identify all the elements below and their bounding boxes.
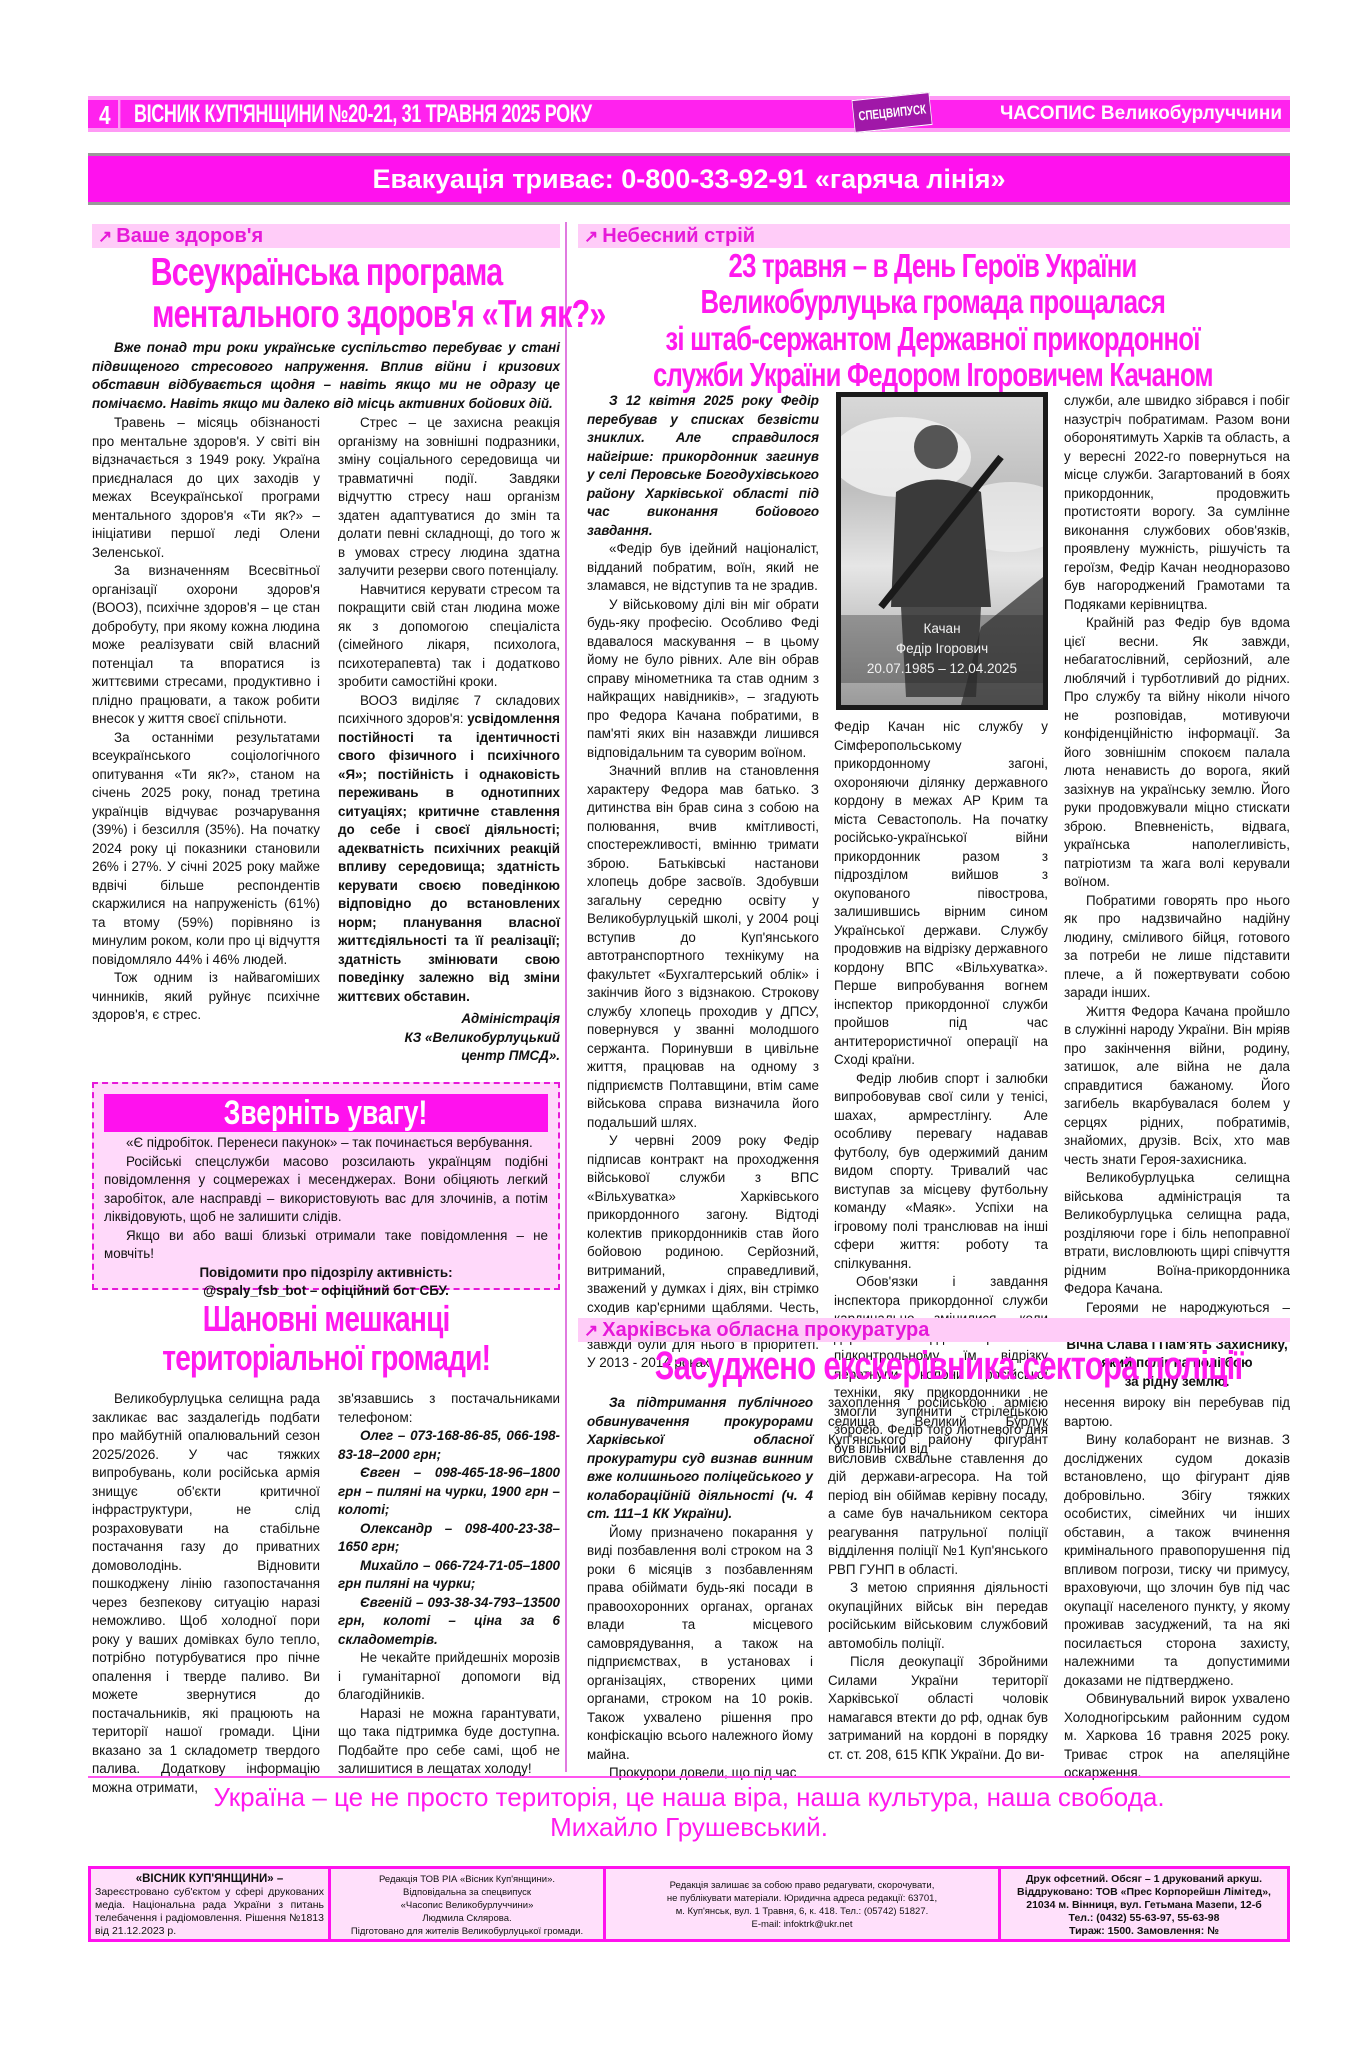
signature: Адміністрація xyxy=(338,1010,560,1029)
paragraph: Після деокупації Збройними Силами Україн… xyxy=(828,1653,1048,1764)
paragraph: Тож одним із найвагоміших чинників, який… xyxy=(92,969,320,1025)
soldier-portrait-image: Качан Федір Ігорович 20.07.1985 – 12.04.… xyxy=(841,397,1043,705)
section-label: Ваше здоров'я xyxy=(116,225,263,247)
prosecutor-col-3: несення вироку він перебував під вартою.… xyxy=(1064,1394,1290,1783)
headline-line: ментального здоров'я «Ти як?» xyxy=(152,294,606,336)
paragraph: Йому призначено покарання у виді позбавл… xyxy=(587,1524,813,1765)
quote-text: Україна – це не просто територія, це наш… xyxy=(88,1782,1290,1812)
headline-line: Шановні мешканці xyxy=(203,1300,450,1339)
paragraph: зв'язавшись з постачальниками телефоном: xyxy=(338,1390,560,1427)
signature: КЗ «Великобурлуцький xyxy=(338,1029,560,1048)
supplier-entry: Олександр – 098-400-23-38–1650 грн; xyxy=(338,1520,560,1557)
imprint-legal: Редакція залишає за собою право редагува… xyxy=(606,1869,1001,1939)
imprint-printing: Друк офсетний. Обсяг – 1 друкований арку… xyxy=(1001,1869,1287,1939)
paragraph: Обвинувальний вирок ухвалено Холодногірс… xyxy=(1064,1690,1290,1783)
warning-box: Зверніть увагу! «Є підробіток. Перенеси … xyxy=(92,1082,560,1290)
lead-paragraph: Вже понад три роки українське суспільств… xyxy=(92,339,560,413)
imprint-line: 21034 м. Вінниця, вул. Гетьмана Мазепи, … xyxy=(1005,1899,1283,1912)
imprint-line: м. Куп'янськ, вул. 1 Травня, 6, к. 418. … xyxy=(610,1905,994,1918)
imprint-line: «Часопис Великобурлуччини» xyxy=(335,1899,599,1912)
caption-name: Федір Ігорович xyxy=(841,639,1043,659)
imprint-line: не публікувати матеріали. Юридична адрес… xyxy=(610,1892,994,1905)
paragraph: Прокурори довели, що під час xyxy=(587,1764,813,1783)
imprint-line: Підготовано для жителів Великобурлуцької… xyxy=(335,1925,599,1938)
arrow-icon: ↗ xyxy=(98,227,112,246)
paragraph: Наразі не можна гарантувати, що така під… xyxy=(338,1705,560,1779)
warning-body: «Є підробіток. Перенеси пакунок» – так п… xyxy=(104,1134,548,1301)
headline-line: служби України Федором Ігоровичем Качано… xyxy=(653,357,1213,393)
paragraph: Російські спецслужби масово розсилають у… xyxy=(104,1153,548,1227)
health-col-2: Стрес – це захисна реакція організму на … xyxy=(338,414,560,1066)
paragraph: Федір любив спорт і залюбки випробовував… xyxy=(834,1070,1048,1274)
paragraph: Федір Качан ніс службу у Сімферопольсько… xyxy=(834,718,1048,1070)
health-lead: Вже понад три роки українське суспільств… xyxy=(92,339,560,413)
imprint-text: Зареєстровано суб'єктом у сфері друкован… xyxy=(95,1886,324,1938)
paragraph: Травень – місяць обізнаності про менталь… xyxy=(92,414,320,562)
warning-title: Зверніть увагу! xyxy=(104,1094,548,1132)
paragraph: Значний вплив на становлення характеру Ф… xyxy=(587,762,819,1132)
masthead: 4 ВІСНИК КУП'ЯНЩИНИ №20-21, 31 ТРАВНЯ 20… xyxy=(88,96,1290,132)
headline-line: Засуджено екскерівника сектора поліції xyxy=(655,1345,1243,1388)
paragraph: Вину колаборант не визнав. З досліджених… xyxy=(1064,1431,1290,1690)
imprint-line: Тел.: (0432) 55-63-97, 55-63-98 xyxy=(1005,1912,1283,1925)
health-headline: Всеукраїнська програма ментального здоро… xyxy=(88,252,564,336)
prosecutor-headline: Засуджено екскерівника сектора поліції xyxy=(572,1345,1294,1388)
paragraph: несення вироку він перебував під вартою. xyxy=(1064,1394,1290,1431)
lead-paragraph: За підтримання публічного обвинувачення … xyxy=(587,1394,813,1524)
paragraph: Якщо ви або ваші близькі отримали таке п… xyxy=(104,1227,548,1264)
caption-surname: Качан xyxy=(841,619,1043,639)
photo-caption: Качан Федір Ігорович 20.07.1985 – 12.04.… xyxy=(841,615,1043,683)
imprint-line: Редакція ТОВ РІА «Вісник Куп'янщини». xyxy=(335,1873,599,1886)
paragraph: Крайній раз Федір був вдома цієї весни. … xyxy=(1064,614,1290,892)
lead-paragraph: З 12 квітня 2025 року Федір перебував у … xyxy=(587,392,819,540)
imprint-email[interactable]: E-mail: infoktrk@ukr.net xyxy=(610,1918,994,1931)
imprint-line: Відповідальна за спецвипуск xyxy=(335,1886,599,1899)
paragraph: За останніми результатами всеукраїнськог… xyxy=(92,729,320,970)
imprint-line: Тираж: 1500. Замовлення: № xyxy=(1005,1925,1283,1938)
imprint-box: «ВІСНИК КУП'ЯНЩИНИ» – Зареєстровано суб'… xyxy=(88,1866,1290,1942)
arrow-icon: ↗ xyxy=(584,1321,598,1340)
hero-col-3: служби, але швидко зібрався і побіг назу… xyxy=(1064,392,1290,1391)
paragraph: «Є підробіток. Перенеси пакунок» – так п… xyxy=(104,1134,548,1153)
paragraph: За визначенням Всесвітньої організації о… xyxy=(92,562,320,729)
caption-dates: 20.07.1985 – 12.04.2025 xyxy=(841,659,1043,679)
paragraph: служби, але швидко зібрався і побіг назу… xyxy=(1064,392,1290,614)
evacuation-hotline-banner: Евакуація триває: 0-800-33-92-91 «гаряча… xyxy=(88,153,1290,205)
prosecutor-col-2: захоплення російською армією селища Вели… xyxy=(828,1394,1048,1764)
paragraph: Великобурлуцька селищна військова адміні… xyxy=(1064,1169,1290,1299)
paragraph: Побратими говорять про нього як про надз… xyxy=(1064,892,1290,1003)
headline-line: 23 травня – в День Героїв України xyxy=(729,248,1137,284)
supplier-entry: Михайло – 066-724-71-05–1800 грн пиляні … xyxy=(338,1557,560,1594)
imprint-line: Людмила Склярова. xyxy=(335,1912,599,1925)
imprint-line: Друк офсетний. Обсяг – 1 друкований арку… xyxy=(1005,1873,1283,1886)
warning-title-text: Зверніть увагу! xyxy=(224,1094,428,1132)
imprint-line: Редакція залишає за собою право редагува… xyxy=(610,1879,994,1892)
section-tag-heroes: ↗Небесний стрій xyxy=(578,224,1290,248)
supplement-title: ЧАСОПИС Великобурлуччини xyxy=(1000,103,1282,125)
paragraph: Великобурлуцька селищна рада закликає ва… xyxy=(92,1390,320,1797)
residents-col-2: зв'язавшись з постачальниками телефоном:… xyxy=(338,1390,560,1779)
paragraph: Навчитися керувати стресом та покращити … xyxy=(338,581,560,692)
quote-author: Михайло Грушевський. xyxy=(88,1812,1290,1842)
paragraph: Не чекайте прийдешніх морозів і гуманіта… xyxy=(338,1649,560,1705)
section-label: Небесний стрій xyxy=(602,225,755,247)
paragraph: У військовому ділі він міг обрати будь-я… xyxy=(587,596,819,763)
report-label: Повідомити про підозрілу активність: xyxy=(104,1264,548,1283)
residents-col-1: Великобурлуцька селищна рада закликає ва… xyxy=(92,1390,320,1797)
evacuation-hotline-text: Евакуація триває: 0-800-33-92-91 «гаряча… xyxy=(372,164,1005,195)
section-tag-health: ↗Ваше здоров'я xyxy=(92,224,560,248)
special-issue-badge: СПЕЦВИПУСК xyxy=(852,92,933,133)
paragraph: «Федір був ідейний націоналіст, відданий… xyxy=(587,540,819,596)
imprint-editorial: Редакція ТОВ РІА «Вісник Куп'янщини». Ві… xyxy=(331,1869,606,1939)
prosecutor-col-1: За підтримання публічного обвинувачення … xyxy=(587,1394,813,1783)
paragraph: Життя Федора Качана пройшло в служінні н… xyxy=(1064,1003,1290,1170)
headline-line: Всеукраїнська програма xyxy=(150,252,502,294)
section-tag-prosecutor: ↗Харківська обласна прокуратура xyxy=(578,1318,1290,1342)
supplier-entry: Євгеній – 093-38-34-793–13500 грн, колот… xyxy=(338,1594,560,1650)
hero-headline: 23 травня – в День Героїв України Велико… xyxy=(572,248,1294,393)
supplier-entry: Євген – 098-465-18-96–1800 грн – пиляні … xyxy=(338,1464,560,1520)
imprint-registration: «ВІСНИК КУП'ЯНЩИНИ» – Зареєстровано суб'… xyxy=(91,1869,331,1939)
quote-divider xyxy=(88,1776,1290,1778)
memorial-photo: Качан Федір Ігорович 20.07.1985 – 12.04.… xyxy=(836,392,1048,710)
headline-line: Великобурлуцька громада прощалася xyxy=(701,284,1166,320)
paragraph: Стрес – це захисна реакція організму на … xyxy=(338,414,560,581)
health-col-1: Травень – місяць обізнаності про менталь… xyxy=(92,414,320,1025)
column-divider xyxy=(565,222,567,1772)
imprint-line: Віддруковано: ТОВ «Прес Корпорейшн Ліміт… xyxy=(1005,1886,1283,1899)
headline-line: зі штаб-сержантом Державної прикордонної xyxy=(666,321,1200,357)
signature: центр ПМСД». xyxy=(338,1047,560,1066)
who-components-list: усвідомлення постійності та ідентичності… xyxy=(338,711,560,1004)
page-number: 4 xyxy=(92,100,121,128)
residents-headline: Шановні мешканці територіальної громади! xyxy=(88,1300,564,1378)
supplier-entry: Олег – 073-168-86-85, 066-198-83-18–2000… xyxy=(338,1427,560,1464)
hrushevsky-quote: Україна – це не просто територія, це наш… xyxy=(88,1782,1290,1842)
hero-col-1: З 12 квітня 2025 року Федір перебував у … xyxy=(587,392,819,1373)
imprint-title: «ВІСНИК КУП'ЯНЩИНИ» – xyxy=(95,1873,324,1886)
paragraph: захоплення російською армією селища Вели… xyxy=(828,1394,1048,1579)
paragraph: З метою сприяння діяльності окупаційних … xyxy=(828,1579,1048,1653)
arrow-icon: ↗ xyxy=(584,227,598,246)
headline-line: територіальної громади! xyxy=(162,1339,490,1378)
newspaper-title: ВІСНИК КУП'ЯНЩИНИ №20-21, 31 ТРАВНЯ 2025… xyxy=(134,100,592,129)
section-label: Харківська обласна прокуратура xyxy=(602,1319,929,1341)
